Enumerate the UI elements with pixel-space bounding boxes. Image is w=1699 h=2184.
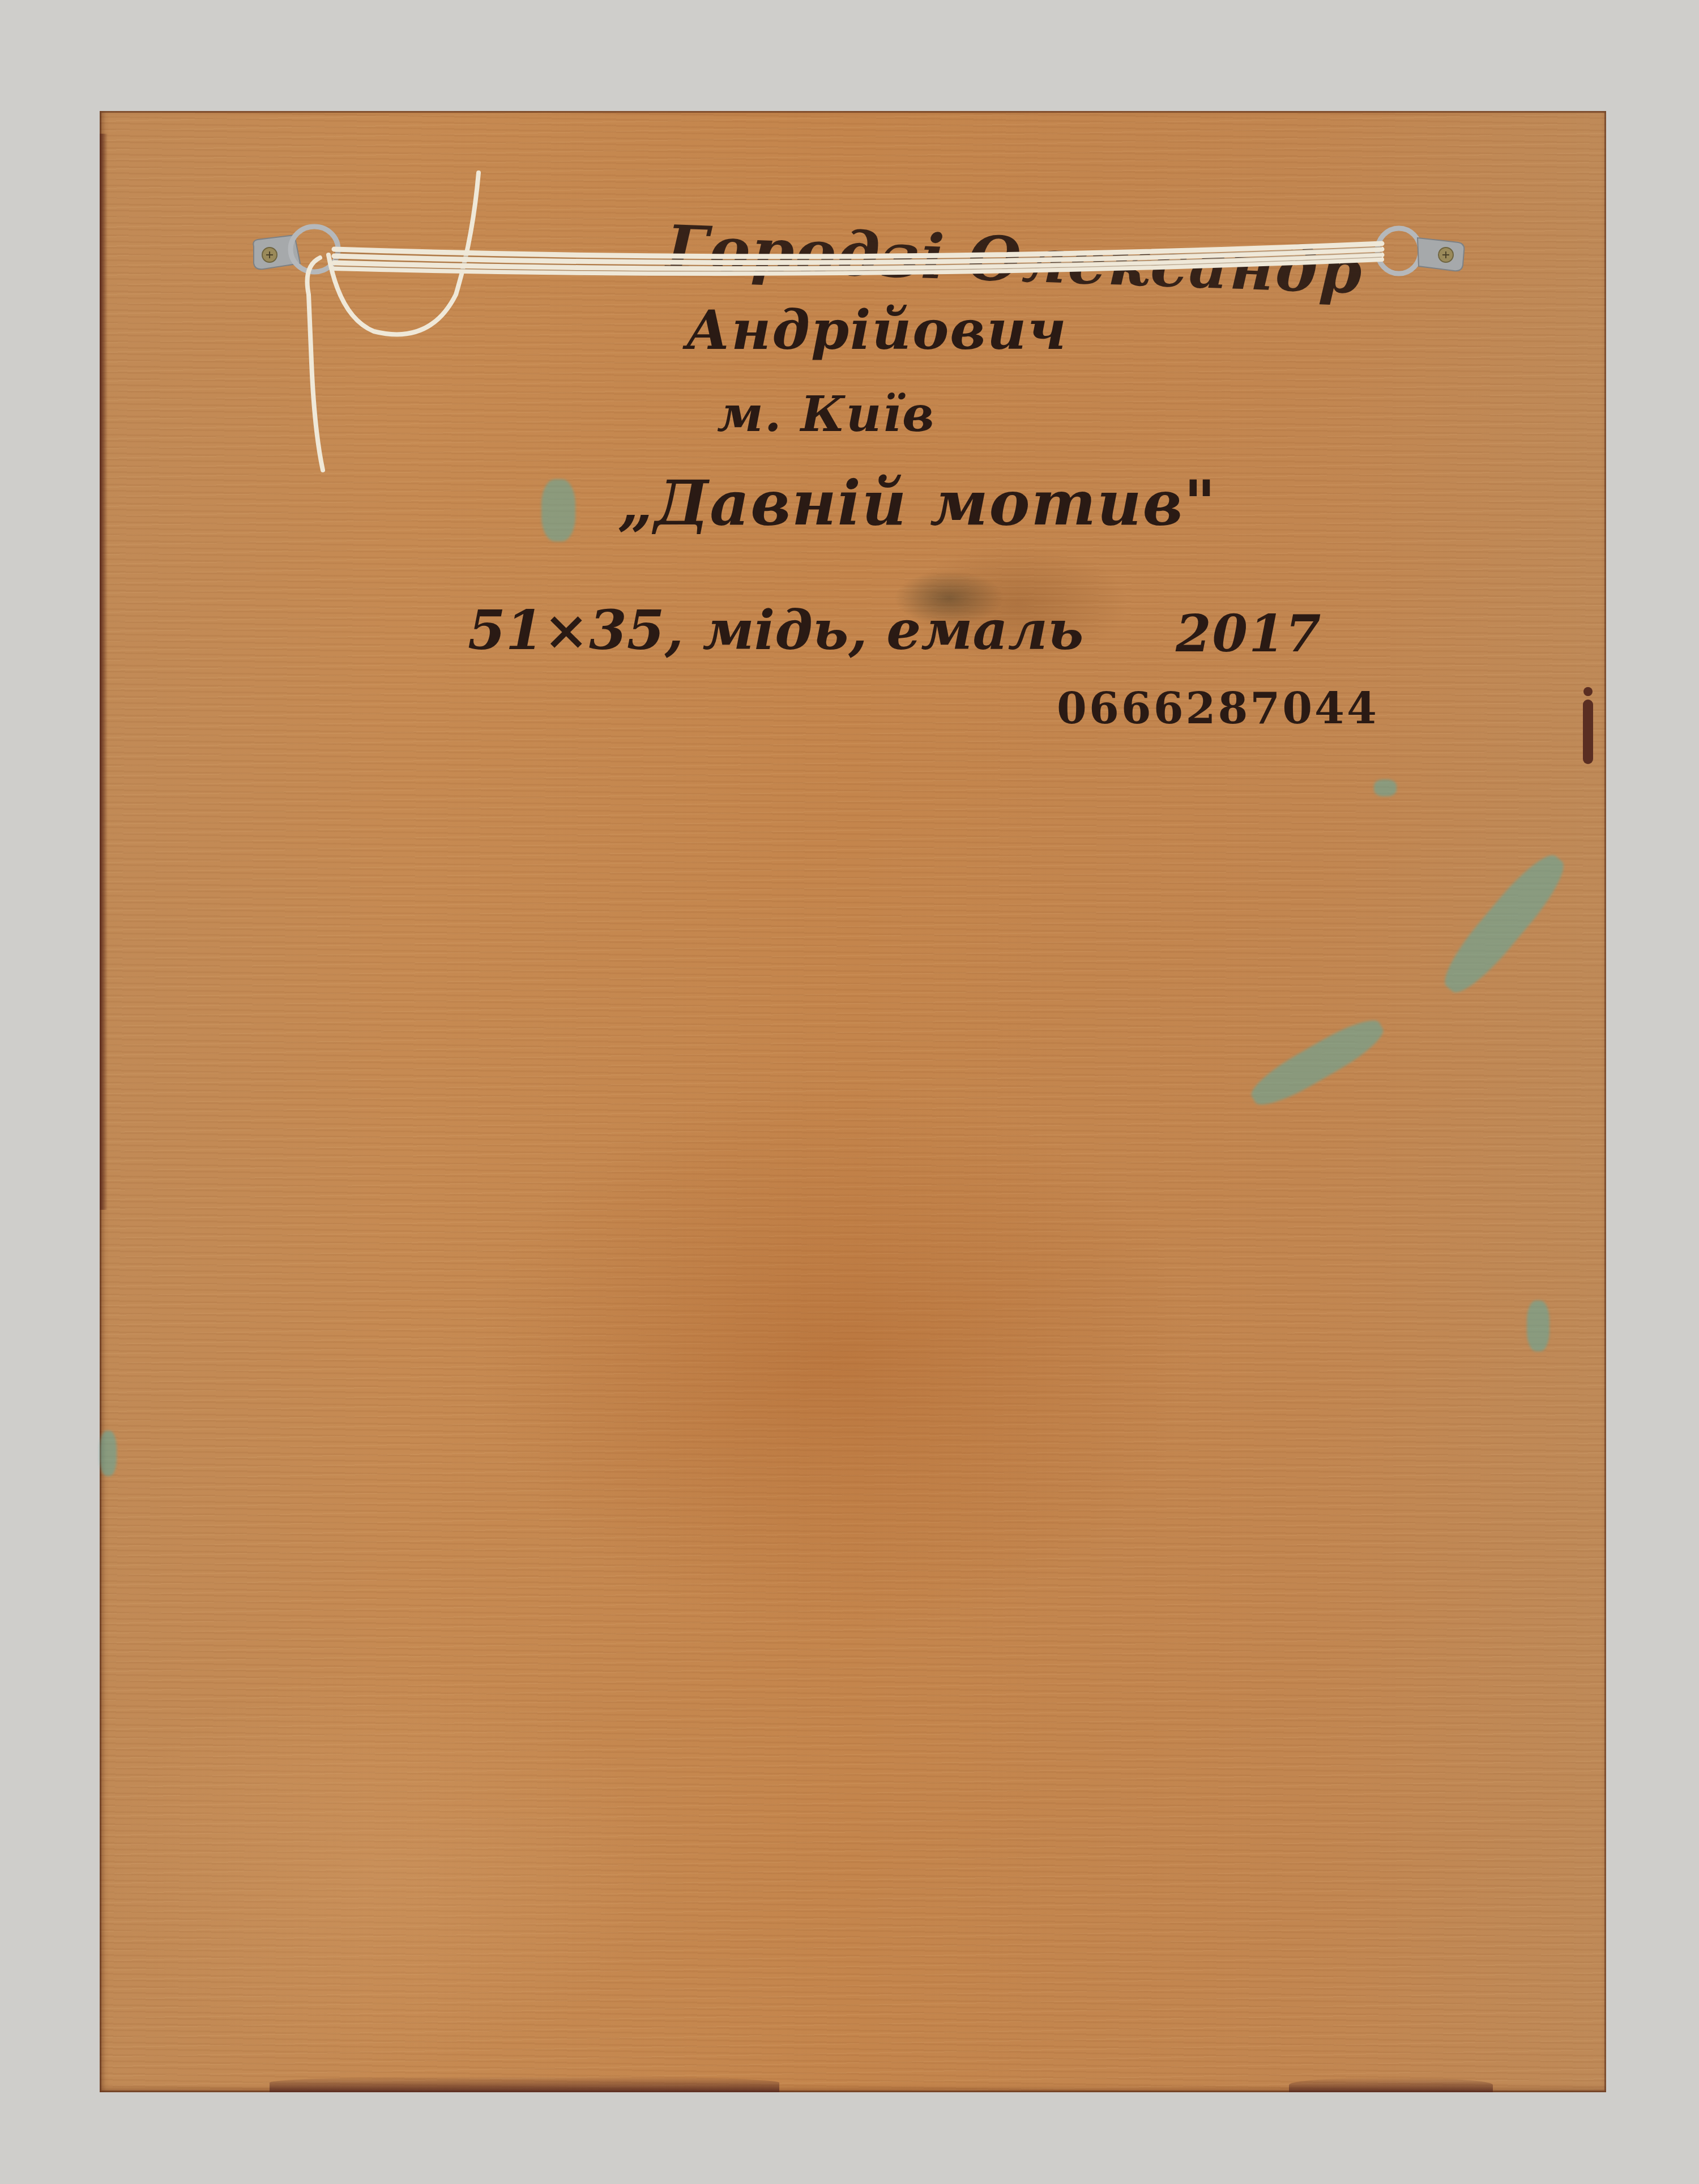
board-edge-stain <box>270 2076 779 2092</box>
board-edge-stain <box>1289 2078 1493 2092</box>
paint-spot <box>1527 1300 1549 1351</box>
edge-mark-icon <box>1581 686 1595 765</box>
paint-spot <box>100 1431 117 1476</box>
label-phone: 0666287044 <box>1057 683 1379 733</box>
paint-spot <box>1435 846 1574 1002</box>
paint-spot <box>1245 1011 1389 1114</box>
paint-spot <box>1374 779 1397 796</box>
hanging-string <box>0 0 1699 510</box>
label-specs: 51×35, мідь, емаль <box>468 598 1083 662</box>
label-year: 2017 <box>1176 604 1322 664</box>
